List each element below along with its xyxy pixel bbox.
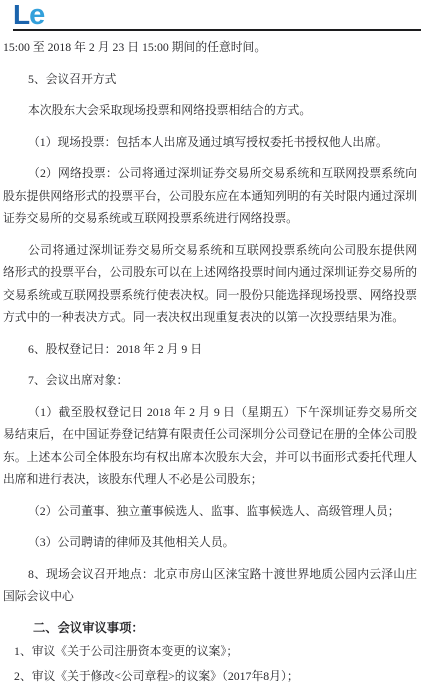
para-attendee-lawyers: （3）公司聘请的律师及其他相关人员。	[3, 531, 417, 554]
document-page: Le 15:00 至 2018 年 2 月 23 日 15:00 期间的任意时间…	[0, 0, 422, 684]
para-voting-combination: 本次股东大会采取现场投票和网络投票相结合的方式。	[3, 99, 417, 122]
logo-letter-l: L	[13, 0, 29, 30]
continuation-line-voting-time: 15:00 至 2018 年 2 月 23 日 15:00 期间的任意时间。	[3, 36, 417, 59]
para-attendee-directors: （2）公司董事、独立董事候选人、监事、监事候选人、高级管理人员；	[3, 500, 417, 523]
proposal-2-articles-amendment: 2、审议《关于修改<公司章程>的议案》（2017年8月）；	[3, 665, 417, 684]
para-voting-platform-rules: 公司将通过深圳证券交易所交易系统和互联网投票系统向公司股东提供网络形式的投票平台…	[3, 239, 417, 329]
proposal-1-registered-capital: 1、审议《关于公司注册资本变更的议案》；	[3, 640, 417, 663]
para-onsite-voting: （1）现场投票：包括本人出席及通过填写授权委托书授权他人出席。	[3, 131, 417, 154]
logo-letter-e: e	[29, 0, 44, 31]
item-5-meeting-method-heading: 5、会议召开方式	[3, 68, 417, 91]
section-2-review-matters-heading: 二、会议审议事项：	[3, 617, 417, 640]
document-body: 15:00 至 2018 年 2 月 23 日 15:00 期间的任意时间。 5…	[0, 31, 422, 684]
para-attendee-shareholders: （1）截至股权登记日 2018 年 2 月 9 日（星期五）下午深圳证券交易所交…	[3, 401, 417, 491]
item-6-record-date: 6、股权登记日：2018 年 2 月 9 日	[3, 338, 417, 361]
item-7-attendees-heading: 7、会议出席对象：	[3, 369, 417, 392]
page-header: Le	[0, 0, 422, 29]
para-online-voting: （2）网络投票：公司将通过深圳证券交易所交易系统和互联网投票系统向股东提供网络形…	[3, 162, 417, 230]
item-8-venue: 8、现场会议召开地点：北京市房山区涞宝路十渡世界地质公园内云泽山庄国际会议中心	[3, 563, 417, 608]
le-brand-logo: Le	[13, 2, 44, 33]
